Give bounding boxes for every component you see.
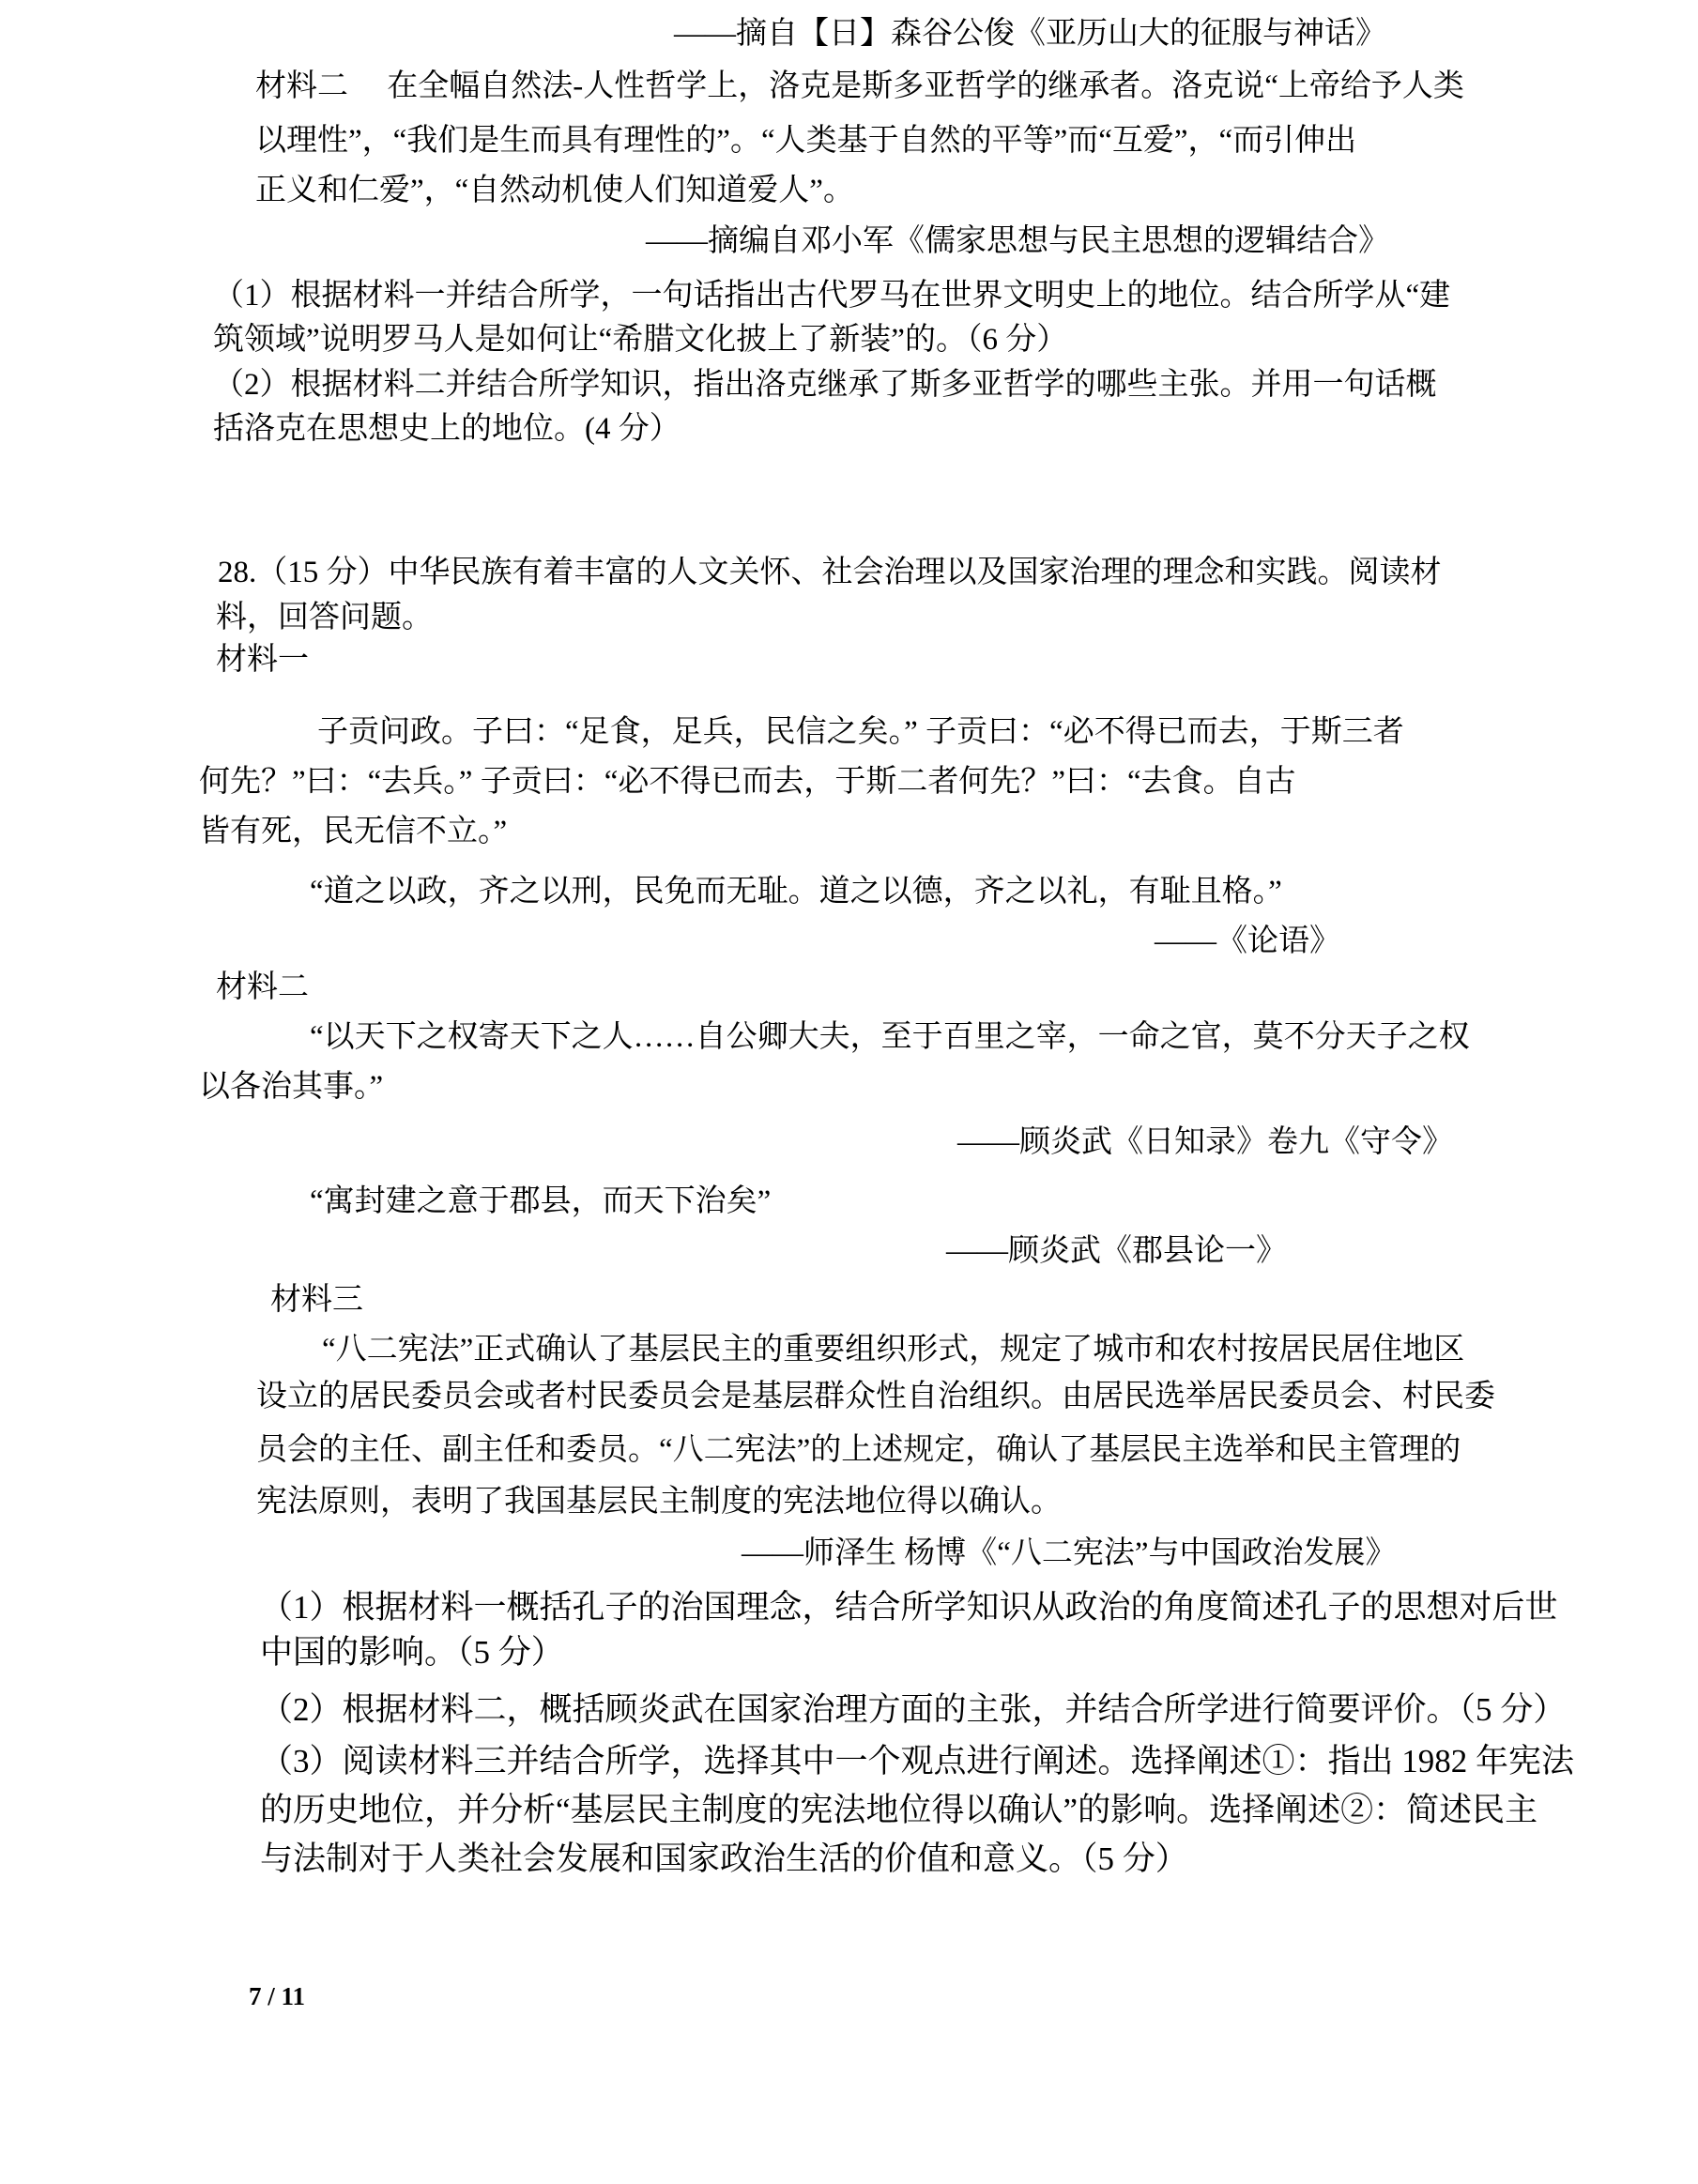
material-3-paragraph-line: 宪法原则，表明了我国基层民主制度的宪法地位得以确认。 [256,1487,1062,1518]
question-1-line: 筑领域”说明罗马人是如何让“希腊文化披上了新装”的。（6 分） [213,325,1067,356]
quote-line: “寓封建之意于郡县，而天下治矣” [310,1186,771,1217]
quote-line: “以天下之权寄天下之人……自公卿大夫，至于百里之宰，一命之官，莫不分天子之权 [310,1022,1470,1053]
material-3-paragraph-line: “八二宪法”正式确认了基层民主的重要组织形式，规定了城市和农村按居民居住地区 [322,1335,1464,1366]
attribution-line: ——顾炎武《郡县论一》 [946,1236,1287,1267]
attribution-line: ——摘自【日】森谷公俊《亚历山大的征服与神话》 [674,19,1386,50]
material-1-heading: 材料一 [216,645,309,676]
material-2-paragraph-line: 材料二 在全幅自然法-人性哲学上，洛克是斯多亚哲学的继承者。洛克说“上帝给予人类 [255,71,1464,102]
quote-line: 何先？”曰：“去兵。” 子贡曰：“必不得已而去，于斯二者何先？”曰：“去食。自古 [199,767,1296,798]
quote-line: “道之以政，齐之以刑，民免而无耻。道之以德，齐之以礼，有耻且格。” [310,877,1282,908]
quote-line: 子贡问政。子曰：“足食，足兵，民信之矣。” 子贡曰：“必不得已而去，于斯三者 [317,717,1404,748]
attribution-line: ——顾炎武《日知录》卷九《守令》 [957,1127,1453,1158]
question-28-intro-line: 料，回答问题。 [216,603,433,634]
material-3-paragraph-line: 员会的主任、副主任和委员。“八二宪法”的上述规定，确认了基层民主选举和民主管理的 [256,1435,1461,1466]
exam-paper-page: ——摘自【日】森谷公俊《亚历山大的征服与神话》 材料二 在全幅自然法-人性哲学上… [0,0,1698,2184]
question-2-line: （2）根据材料二，概括顾炎武在国家治理方面的主张，并结合所学进行简要评价。（5 … [260,1693,1566,1726]
attribution-line: ——摘编自邓小军《儒家思想与民主思想的逻辑结合》 [646,226,1389,257]
question-1-line: （1）根据材料一概括孔子的治国理念，结合所学知识从政治的角度简述孔子的思想对后世 [260,1591,1558,1624]
page-number: 7 / 11 [249,1982,305,2011]
quote-line: 皆有死，民无信不立。” [199,817,507,848]
question-3-line: 与法制对于人类社会发展和国家政治生活的价值和意义。（5 分） [260,1842,1188,1875]
question-2-line: （2）根据材料二并结合所学知识，指出洛克继承了斯多亚哲学的哪些主张。并用一句话概 [213,370,1437,401]
quote-line: 以各治其事。” [199,1072,383,1103]
question-28-intro-line: 28.（15 分）中华民族有着丰富的人文关怀、社会治理以及国家治理的理念和实践。… [218,557,1442,588]
material-3-paragraph-line: 设立的居民委员会或者村民委员会是基层群众性自治组织。由居民选举居民委员会、村民委 [256,1382,1495,1413]
attribution-line: ——师泽生 杨博《“八二宪法”与中国政治发展》 [742,1538,1397,1569]
attribution-line: ——《论语》 [1155,926,1340,957]
question-1-line: （1）根据材料一并结合所学，一句话指出古代罗马在世界文明史上的地位。结合所学从“… [213,281,1450,312]
question-2-line: 括洛克在思想史上的地位。(4 分） [213,414,681,445]
material-2-heading: 材料二 [216,972,309,1003]
question-1-line: 中国的影响。（5 分） [260,1636,564,1669]
material-2-paragraph-line: 以理性”，“我们是生而具有理性的”。“人类基于自然的平等”而“互爱”，“而引伸出 [255,126,1356,157]
question-3-line: 的历史地位，并分析“基层民主制度的宪法地位得以确认”的影响。选择阐述②：简述民主 [260,1794,1537,1826]
material-2-paragraph-line: 正义和仁爱”，“自然动机使人们知道爱人”。 [255,176,854,206]
question-3-line: （3）阅读材料三并结合所学，选择其中一个观点进行阐述。选择阐述①：指出 1982… [260,1745,1574,1778]
material-3-heading: 材料三 [270,1285,363,1316]
